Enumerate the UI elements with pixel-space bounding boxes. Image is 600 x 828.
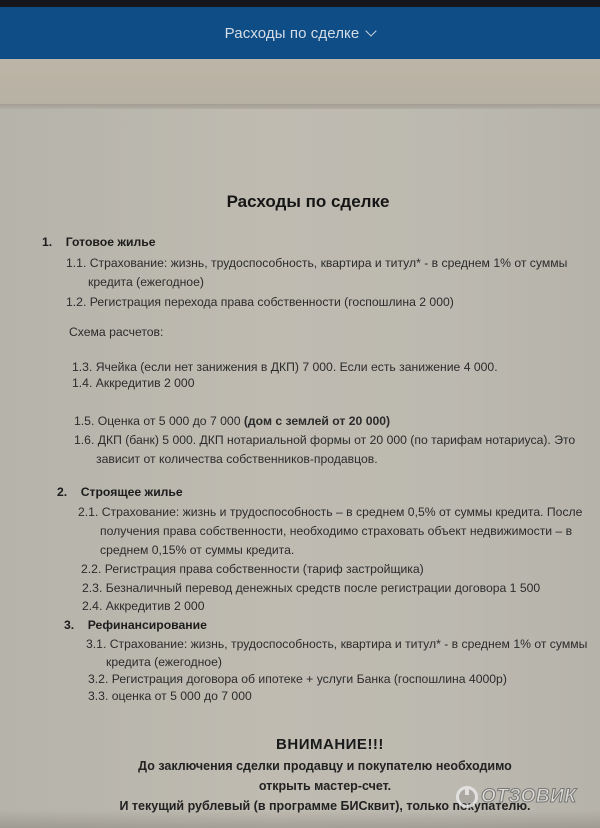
- watermark: ОТЗОВИК: [456, 786, 576, 808]
- list-item: 1.5. Оценка от 5 000 до 7 000 (дом с зем…: [74, 414, 390, 428]
- item-number: 3.2.: [88, 672, 108, 686]
- document-heading: Расходы по сделке: [0, 192, 600, 212]
- toolbar-area: [0, 59, 600, 104]
- item-text: Аккредитив 2 000: [96, 376, 195, 390]
- list-item-continuation: кредита (ежегодное): [106, 655, 222, 669]
- list-item-continuation: получения права собственности, необходим…: [100, 524, 572, 538]
- section-number: 2.: [57, 485, 67, 499]
- list-item: 2.1. Страхование: жизнь и трудоспособнос…: [78, 505, 582, 519]
- list-item-continuation: среднем 0,15% от суммы кредита.: [100, 543, 294, 557]
- section-heading: 1. Готовое жилье: [42, 235, 156, 249]
- item-number: 2.4.: [82, 599, 102, 613]
- warning-line: До заключения сделки продавцу и покупате…: [0, 759, 600, 773]
- item-number: 1.2.: [66, 295, 86, 309]
- item-text: Ячейка (если нет занижения в ДКП) 7 000.…: [96, 360, 498, 374]
- section-title: Готовое жилье: [66, 235, 156, 249]
- item-number: 2.1.: [78, 505, 98, 519]
- list-item-continuation: зависит от количества собственников-прод…: [96, 452, 378, 466]
- item-text: Регистрация права собственности (тариф з…: [105, 562, 424, 576]
- section-heading: 3. Рефинансирование: [64, 618, 207, 632]
- section-title: Рефинансирование: [88, 618, 207, 632]
- list-item: 1.2. Регистрация перехода права собствен…: [66, 295, 454, 309]
- document-title-dropdown[interactable]: Расходы по сделке: [225, 25, 376, 42]
- list-item: 3.2. Регистрация договора об ипотеке + у…: [88, 672, 507, 686]
- item-text: оценка от 5 000 до 7 000: [112, 689, 252, 703]
- item-number: 2.2.: [81, 562, 101, 576]
- section-title: Строящее жилье: [81, 485, 183, 499]
- list-item: 2.4. Аккредитив 2 000: [82, 599, 204, 613]
- list-item: 3.1. Страхование: жизнь, трудоспособност…: [86, 637, 587, 651]
- list-item: 3.3. оценка от 5 000 до 7 000: [88, 689, 252, 703]
- list-item: 2.2. Регистрация права собственности (та…: [81, 562, 424, 576]
- item-text: Регистрация перехода права собственности…: [90, 295, 454, 309]
- scheme-label: Схема расчетов:: [69, 325, 163, 339]
- photo-shadow: [0, 810, 600, 828]
- power-logo-icon: [456, 786, 478, 808]
- list-item-continuation: кредита (ежегодное): [88, 275, 204, 289]
- item-bold-note: (дом с землей от 20 000): [244, 414, 390, 428]
- item-number: 1.5.: [74, 414, 94, 428]
- item-text: Страхование: жизнь, трудоспособность, кв…: [90, 256, 568, 270]
- item-number: 1.4.: [72, 376, 92, 390]
- watermark-text: ОТЗОВИК: [481, 786, 576, 808]
- section-number: 1.: [42, 235, 52, 249]
- item-text: Регистрация договора об ипотеке + услуги…: [112, 672, 507, 686]
- item-number: 1.3.: [72, 360, 92, 374]
- item-text: ДКП (банк) 5 000. ДКП нотариальной формы…: [98, 433, 575, 447]
- item-text: Страхование: жизнь и трудоспособность – …: [102, 505, 583, 519]
- list-item: 1.3. Ячейка (если нет занижения в ДКП) 7…: [72, 360, 498, 374]
- section-heading: 2. Строящее жилье: [57, 485, 183, 499]
- header-bar: Расходы по сделке: [0, 7, 600, 59]
- item-text: Страхование: жизнь, трудоспособность, кв…: [110, 637, 588, 651]
- list-item: 2.3. Безналичный перевод денежных средст…: [82, 581, 540, 595]
- screen-bezel: [0, 0, 600, 7]
- section-number: 3.: [64, 618, 74, 632]
- item-text: Оценка от 5 000 до 7 000: [98, 414, 244, 428]
- header-title: Расходы по сделке: [225, 25, 360, 42]
- item-number: 1.6.: [74, 433, 94, 447]
- item-number: 1.1.: [66, 256, 86, 270]
- chevron-down-icon: [366, 25, 377, 36]
- list-item: 1.6. ДКП (банк) 5 000. ДКП нотариальной …: [74, 433, 575, 447]
- item-number: 2.3.: [82, 581, 102, 595]
- list-item: 1.4. Аккредитив 2 000: [72, 376, 194, 390]
- document-page: [0, 109, 600, 828]
- item-number: 3.3.: [88, 689, 108, 703]
- item-text: Аккредитив 2 000: [106, 599, 205, 613]
- item-number: 3.1.: [86, 637, 106, 651]
- warning-title: ВНИМАНИЕ!!!: [0, 736, 600, 753]
- list-item: 1.1. Страхование: жизнь, трудоспособност…: [66, 256, 567, 270]
- item-text: Безналичный перевод денежных средств пос…: [106, 581, 540, 595]
